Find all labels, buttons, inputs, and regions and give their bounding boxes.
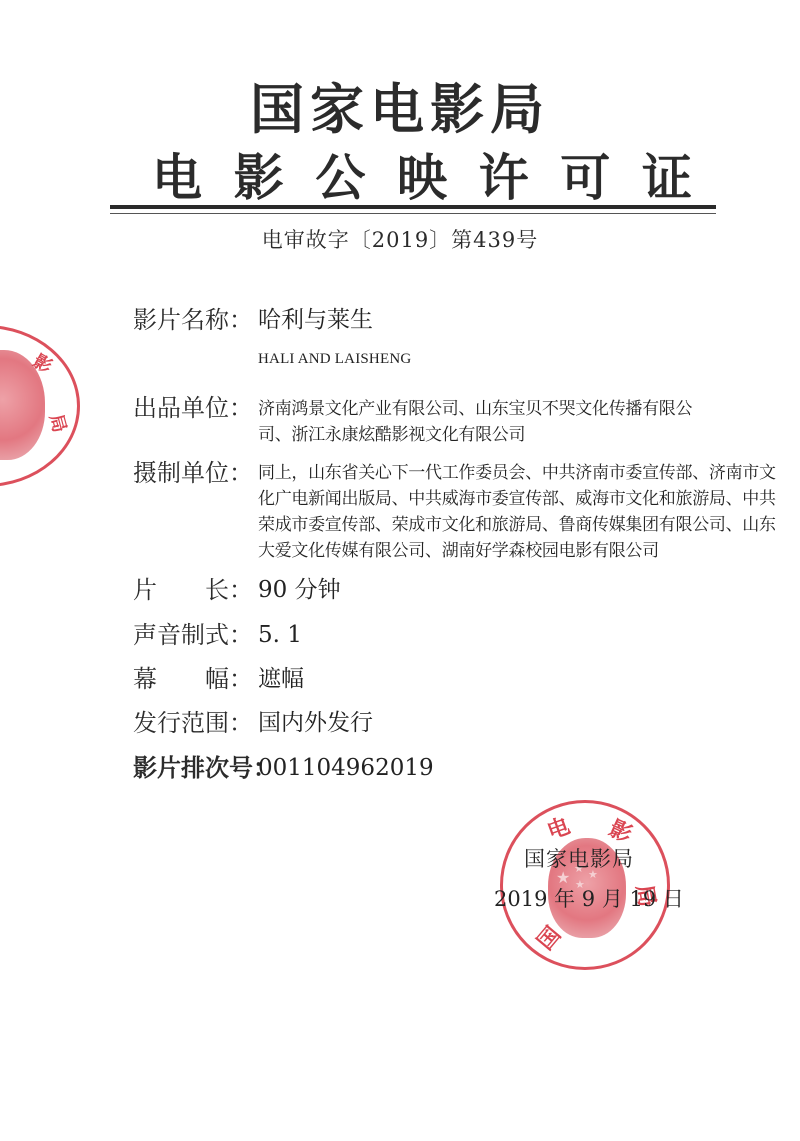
title-char: 影 <box>234 150 284 206</box>
length-label: 片 长： <box>133 575 253 605</box>
filmmaker-label: 摄制单位： <box>133 458 253 488</box>
header-rule-thin <box>110 213 716 214</box>
screen-format-label: 幕 幅： <box>133 664 253 694</box>
screen-format-value: 遮幅 <box>258 664 304 694</box>
certificate-title: 电 影 公 映 许 可 证 <box>152 150 692 206</box>
length-value: 90 分钟 <box>258 575 341 605</box>
filmmaker-line: 大爱文化传媒有限公司、湖南好学森校园电影有限公司 <box>258 538 798 564</box>
header-rule-thick <box>110 205 716 209</box>
filmmaker-line: 同上，山东省关心下一代工作委员会、中共济南市委宣传部、济南市文 <box>258 460 798 486</box>
film-title-value: 哈利与莱生 <box>258 305 373 335</box>
filmmaker-value: 同上，山东省关心下一代工作委员会、中共济南市委宣传部、济南市文 化广电新闻出版局… <box>258 460 798 564</box>
title-char: 公 <box>315 150 365 206</box>
distribution-label: 发行范围： <box>133 708 253 738</box>
title-char: 证 <box>642 150 692 206</box>
sound-format-label: 声音制式： <box>133 620 253 650</box>
distribution-value: 国内外发行 <box>258 708 373 738</box>
producer-label: 出品单位： <box>133 393 253 423</box>
title-char: 许 <box>479 150 529 206</box>
issuer-title: 国家电影局 <box>0 78 800 142</box>
serial-number-value: 001104962019 <box>258 753 434 783</box>
producer-line: 济南鸿景文化产业有限公司、山东宝贝不哭文化传播有限公 <box>258 396 798 422</box>
producer-line: 司、浙江永康炫酷影视文化有限公司 <box>258 422 798 448</box>
producer-value: 济南鸿景文化产业有限公司、山东宝贝不哭文化传播有限公 司、浙江永康炫酷影视文化有… <box>258 396 798 448</box>
title-char: 可 <box>560 150 610 206</box>
signature-issuer: 国家电影局 <box>524 845 634 873</box>
filmmaker-line: 化广电新闻出版局、中共威海市委宣传部、威海市文化和旅游局、中共 <box>258 486 798 512</box>
serial-number-label: 影片排次号： <box>133 753 277 783</box>
sound-format-value: 5. 1 <box>258 620 302 650</box>
signature-date: 2019 年 9 月 19 日 <box>494 885 684 913</box>
document-number: 电审故字〔2019〕第439号 <box>0 225 800 255</box>
title-char: 电 <box>152 150 202 206</box>
film-title-english: HALI AND LAISHENG <box>258 351 411 368</box>
title-char: 映 <box>397 150 447 206</box>
filmmaker-line: 荣成市委宣传部、荣成市文化和旅游局、鲁商传媒集团有限公司、山东 <box>258 512 798 538</box>
film-title-label: 影片名称： <box>133 305 253 335</box>
